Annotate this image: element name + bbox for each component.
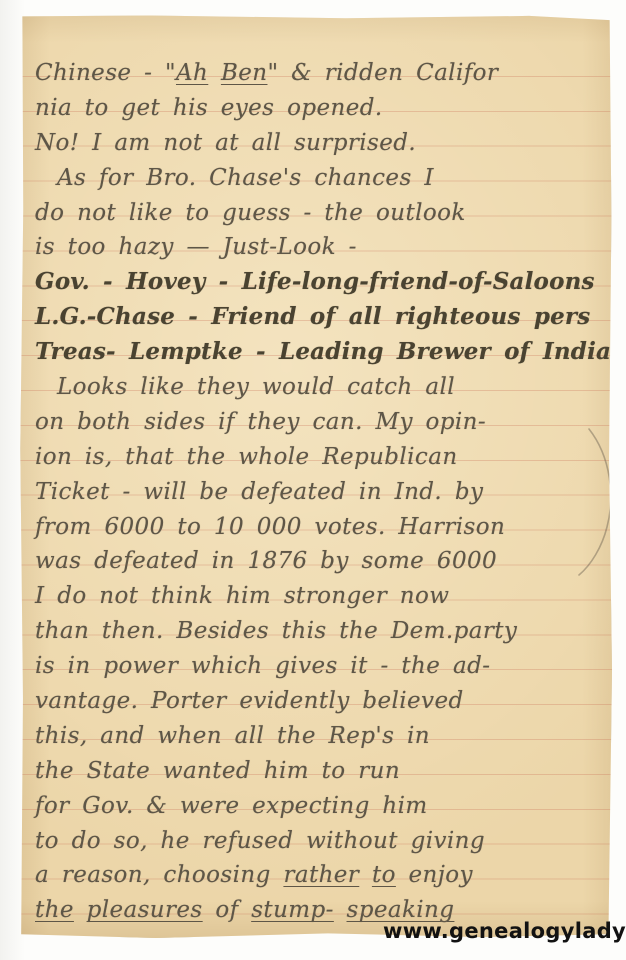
handwriting-segment: As for Bro. Chase's chances I	[57, 165, 434, 191]
letter-line: do not like to guess - the outlook	[35, 196, 626, 231]
handwriting-segment: ion is, that the whole Republican	[35, 444, 458, 470]
letter-line: Looks like they would catch all	[35, 370, 626, 405]
underlined-handwriting-segment: pleasures	[87, 897, 203, 923]
handwriting-segment: Looks like they would catch all	[57, 374, 455, 400]
letter-line: is in power which gives it - the ad-	[35, 649, 626, 684]
letter-line: I do not think him stronger now	[35, 579, 626, 614]
letter-line: to do so, he refused without giving	[35, 824, 626, 859]
handwriting-segment: enjoy	[396, 862, 473, 888]
letter-line: Treas- Lemptke - Leading Brewer of India…	[35, 335, 626, 370]
scanned-letter-page: Chinese - "Ah Ben" & ridden California t…	[0, 0, 626, 960]
letter-line: this, and when all the Rep's in	[35, 719, 626, 754]
underlined-handwriting-segment: to	[372, 862, 396, 888]
handwriting-segment	[208, 60, 221, 86]
handwriting-segment: nia to get his eyes opened.	[35, 95, 383, 121]
letter-line: from 6000 to 10 000 votes. Harrison	[35, 510, 626, 545]
handwriting-segment: Treas- Lemptke - Leading Brewer of India…	[35, 338, 626, 365]
letter-lines: Chinese - "Ah Ben" & ridden California t…	[35, 56, 626, 928]
letter-line: Chinese - "Ah Ben" & ridden Califor	[35, 56, 626, 91]
watermark: www.genealogylady.net	[383, 919, 626, 943]
letter-line: than then. Besides this the Dem.party	[35, 614, 626, 649]
handwriting-segment: is in power which gives it - the ad-	[35, 653, 490, 679]
handwriting-segment: of	[203, 897, 252, 923]
handwriting-segment: Chinese - "	[35, 60, 176, 86]
handwriting-segment: was defeated in 1876 by some 6000	[35, 548, 497, 574]
handwriting-segment: is too hazy — Just-Look -	[35, 234, 357, 260]
underlined-handwriting-segment: rather	[283, 862, 359, 888]
letter-line: is too hazy — Just-Look -	[35, 230, 626, 265]
handwriting-segment: No! I am not at all surprised.	[35, 130, 416, 156]
handwriting-segment	[334, 897, 347, 923]
underlined-handwriting-segment: stump-	[251, 897, 334, 923]
handwriting-segment: to do so, he refused without giving	[35, 828, 485, 854]
handwriting-segment: this, and when all the Rep's in	[35, 723, 430, 749]
letter-line: vantage. Porter evidently believed	[35, 684, 626, 719]
letter-line: Gov. - Hovey - Life-long-friend-of-Saloo…	[35, 265, 626, 300]
letter-line: No! I am not at all surprised.	[35, 126, 626, 161]
handwriting-segment: L.G.-Chase - Friend of all righteous per…	[35, 303, 590, 330]
handwriting-segment: than then. Besides this the Dem.party	[35, 618, 517, 644]
handwriting-segment: do not like to guess - the outlook	[35, 200, 466, 226]
letter-line: ion is, that the whole Republican	[35, 440, 626, 475]
letter-line: L.G.-Chase - Friend of all righteous per…	[35, 300, 626, 335]
handwriting-segment: " & ridden Califor	[267, 60, 498, 86]
handwriting-segment: a reason, choosing	[35, 862, 283, 888]
letter-line: nia to get his eyes opened.	[35, 91, 626, 126]
letter-paper: Chinese - "Ah Ben" & ridden California t…	[20, 15, 612, 938]
letter-line: was defeated in 1876 by some 6000	[35, 544, 626, 579]
handwriting-segment: the State wanted him to run	[35, 758, 400, 784]
letter-line: the State wanted him to run	[35, 754, 626, 789]
letter-line: a reason, choosing rather to enjoy	[35, 858, 626, 893]
handwriting-segment: Ticket - will be defeated in Ind. by	[35, 479, 483, 505]
letter-line: As for Bro. Chase's chances I	[35, 161, 626, 196]
handwriting-segment: vantage. Porter evidently believed	[35, 688, 464, 714]
handwriting-segment: from 6000 to 10 000 votes. Harrison	[35, 514, 505, 540]
letter-line: on both sides if they can. My opin-	[35, 405, 626, 440]
letter-line: for Gov. & were expecting him	[35, 789, 626, 824]
handwriting-segment: on both sides if they can. My opin-	[35, 409, 486, 435]
underlined-handwriting-segment: Ah	[176, 60, 208, 86]
handwriting-segment: Gov. - Hovey - Life-long-friend-of-Saloo…	[35, 268, 595, 295]
underlined-handwriting-segment: Ben	[221, 60, 268, 86]
underlined-handwriting-segment: the	[35, 897, 74, 923]
handwriting-segment: for Gov. & were expecting him	[35, 793, 428, 819]
handwriting-segment	[359, 862, 372, 888]
letter-line: Ticket - will be defeated in Ind. by	[35, 475, 626, 510]
handwriting-segment: I do not think him stronger now	[35, 583, 449, 609]
handwriting-segment	[74, 897, 87, 923]
